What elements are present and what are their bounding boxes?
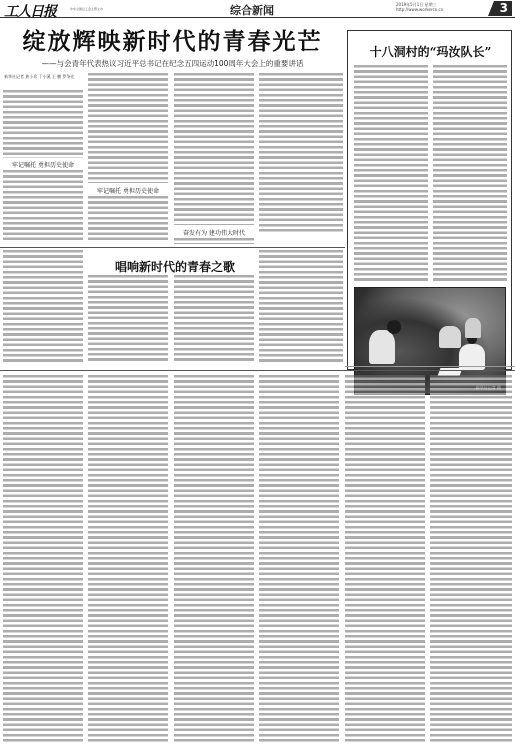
site-url[interactable]: http://www.workercn.cn bbox=[396, 7, 443, 12]
bottom-column-5 bbox=[345, 375, 425, 743]
lead-column-1a bbox=[3, 90, 83, 158]
lead-column-3b bbox=[174, 238, 254, 244]
lead-column-2b bbox=[88, 196, 168, 242]
bottom-column-1 bbox=[3, 375, 83, 743]
second-headline: 唱响新时代的青春之歌 bbox=[90, 258, 260, 275]
byline: 新华社记者 黄小希 丁小溪 王 鹏 罗争光 bbox=[4, 74, 84, 80]
dateline: 2019年5月1日 星期三 http://www.workercn.cn bbox=[396, 2, 443, 12]
photo-figure bbox=[369, 330, 395, 364]
divider-rule bbox=[0, 247, 345, 248]
second-column-1 bbox=[3, 250, 83, 362]
photo-figure bbox=[439, 326, 461, 348]
section-title: 综合新闻 bbox=[230, 2, 274, 18]
lead-subhead-1: 牢记嘱托 勇担历史使命 bbox=[3, 160, 83, 169]
lead-subhead-3: 奋发有为 建功伟大时代 bbox=[174, 228, 254, 237]
bottom-column-4 bbox=[259, 375, 339, 743]
page-number-badge: 3 bbox=[488, 1, 512, 16]
lead-column-1b bbox=[3, 170, 83, 242]
feature-headline: 十八洞村的“玛汝队长” bbox=[348, 43, 513, 60]
feature-column-2 bbox=[433, 65, 507, 283]
bottom-column-3 bbox=[174, 375, 254, 743]
feature-column-1 bbox=[354, 65, 428, 283]
lead-column-2a bbox=[88, 73, 168, 183]
feature-box: 十八洞村的“玛汝队长” 新华社记者 摄 bbox=[347, 30, 512, 370]
photo-figure bbox=[465, 318, 481, 338]
bottom-column-2 bbox=[88, 375, 168, 743]
lead-headline: 绽放辉映新时代的青春光芒 bbox=[0, 23, 345, 56]
lead-column-3a bbox=[174, 73, 254, 225]
second-column-4 bbox=[259, 250, 343, 362]
lead-column-4 bbox=[259, 73, 343, 233]
masthead: 工人日报 中华全国总工会主管主办 综合新闻 2019年5月1日 星期三 http… bbox=[0, 0, 515, 18]
second-column-2 bbox=[88, 275, 168, 362]
logo-subtitle: 中华全国总工会主管主办 bbox=[70, 7, 103, 11]
bottom-column-6 bbox=[430, 375, 512, 743]
newspaper-logo: 工人日报 bbox=[4, 1, 56, 21]
divider-rule bbox=[345, 366, 515, 367]
second-column-3 bbox=[174, 275, 254, 362]
divider-rule bbox=[0, 370, 515, 371]
photo-figure bbox=[387, 320, 401, 334]
lead-subheadline: ——与会青年代表热议习近平总书记在纪念五四运动100周年大会上的重要讲话 bbox=[0, 58, 345, 69]
lead-subhead-2: 牢记嘱托 勇担历史使命 bbox=[88, 186, 168, 195]
